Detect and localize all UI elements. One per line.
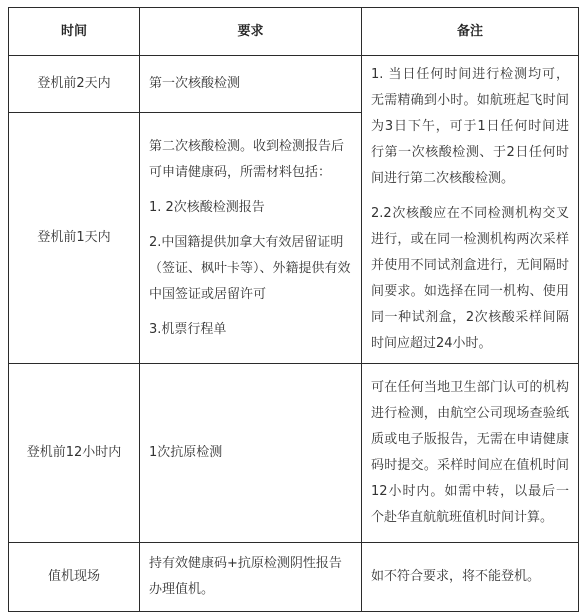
note-text: 可在任何当地卫生部门认可的机构进行检测，由航空公司现场查验纸质或电子版报告，无需… [371, 375, 569, 531]
table-row: 登机前2天内 第一次核酸检测 1. 当日任何时间进行检测均可，无需精确到小时。如… [9, 56, 579, 113]
note-text: 2.2次核酸应在不同检测机构交叉进行，或在同一检测机构两次采样并使用不同试剂盒进… [371, 201, 569, 357]
header-requirement: 要求 [140, 8, 362, 56]
requirement-text: 第二次核酸检测。收到检测报告后可申请健康码，所需材料包括： [149, 134, 352, 186]
requirement-text: 1. 2次核酸检测报告 [149, 195, 352, 221]
time-cell: 登机前1天内 [9, 113, 140, 364]
requirement-text: 3.机票行程单 [149, 317, 352, 343]
note-cell: 如不符合要求，将不能登机。 [362, 543, 579, 612]
requirement-cell: 持有效健康码+抗原检测阴性报告办理值机。 [140, 543, 362, 612]
header-note: 备注 [362, 8, 579, 56]
requirement-cell: 第二次核酸检测。收到检测报告后可申请健康码，所需材料包括： 1. 2次核酸检测报… [140, 113, 362, 364]
requirement-cell: 第一次核酸检测 [140, 56, 362, 113]
note-cell: 1. 当日任何时间进行检测均可，无需精确到小时。如航班起飞时间为3日下午，可于1… [362, 56, 579, 364]
note-text: 1. 当日任何时间进行检测均可，无需精确到小时。如航班起飞时间为3日下午，可于1… [371, 62, 569, 192]
requirement-text: 持有效健康码+抗原检测阴性报告办理值机。 [149, 551, 352, 603]
note-text: 如不符合要求，将不能登机。 [371, 564, 569, 590]
time-cell: 登机前2天内 [9, 56, 140, 113]
time-cell: 登机前12小时内 [9, 364, 140, 543]
requirement-text: 2.中国籍提供加拿大有效居留证明（签证、枫叶卡等）、外籍提供有效中国签证或居留许… [149, 230, 352, 308]
table-row: 值机现场 持有效健康码+抗原检测阴性报告办理值机。 如不符合要求，将不能登机。 [9, 543, 579, 612]
requirement-text: 1次抗原检测 [149, 440, 352, 466]
table-row: 登机前12小时内 1次抗原检测 可在任何当地卫生部门认可的机构进行检测，由航空公… [9, 364, 579, 543]
header-time: 时间 [9, 8, 140, 56]
travel-requirements-table: 时间 要求 备注 登机前2天内 第一次核酸检测 1. 当日任何时间进行检测均可，… [8, 7, 579, 612]
requirement-text: 第一次核酸检测 [149, 71, 352, 97]
time-cell: 值机现场 [9, 543, 140, 612]
requirement-cell: 1次抗原检测 [140, 364, 362, 543]
table-header-row: 时间 要求 备注 [9, 8, 579, 56]
note-cell: 可在任何当地卫生部门认可的机构进行检测，由航空公司现场查验纸质或电子版报告，无需… [362, 364, 579, 543]
